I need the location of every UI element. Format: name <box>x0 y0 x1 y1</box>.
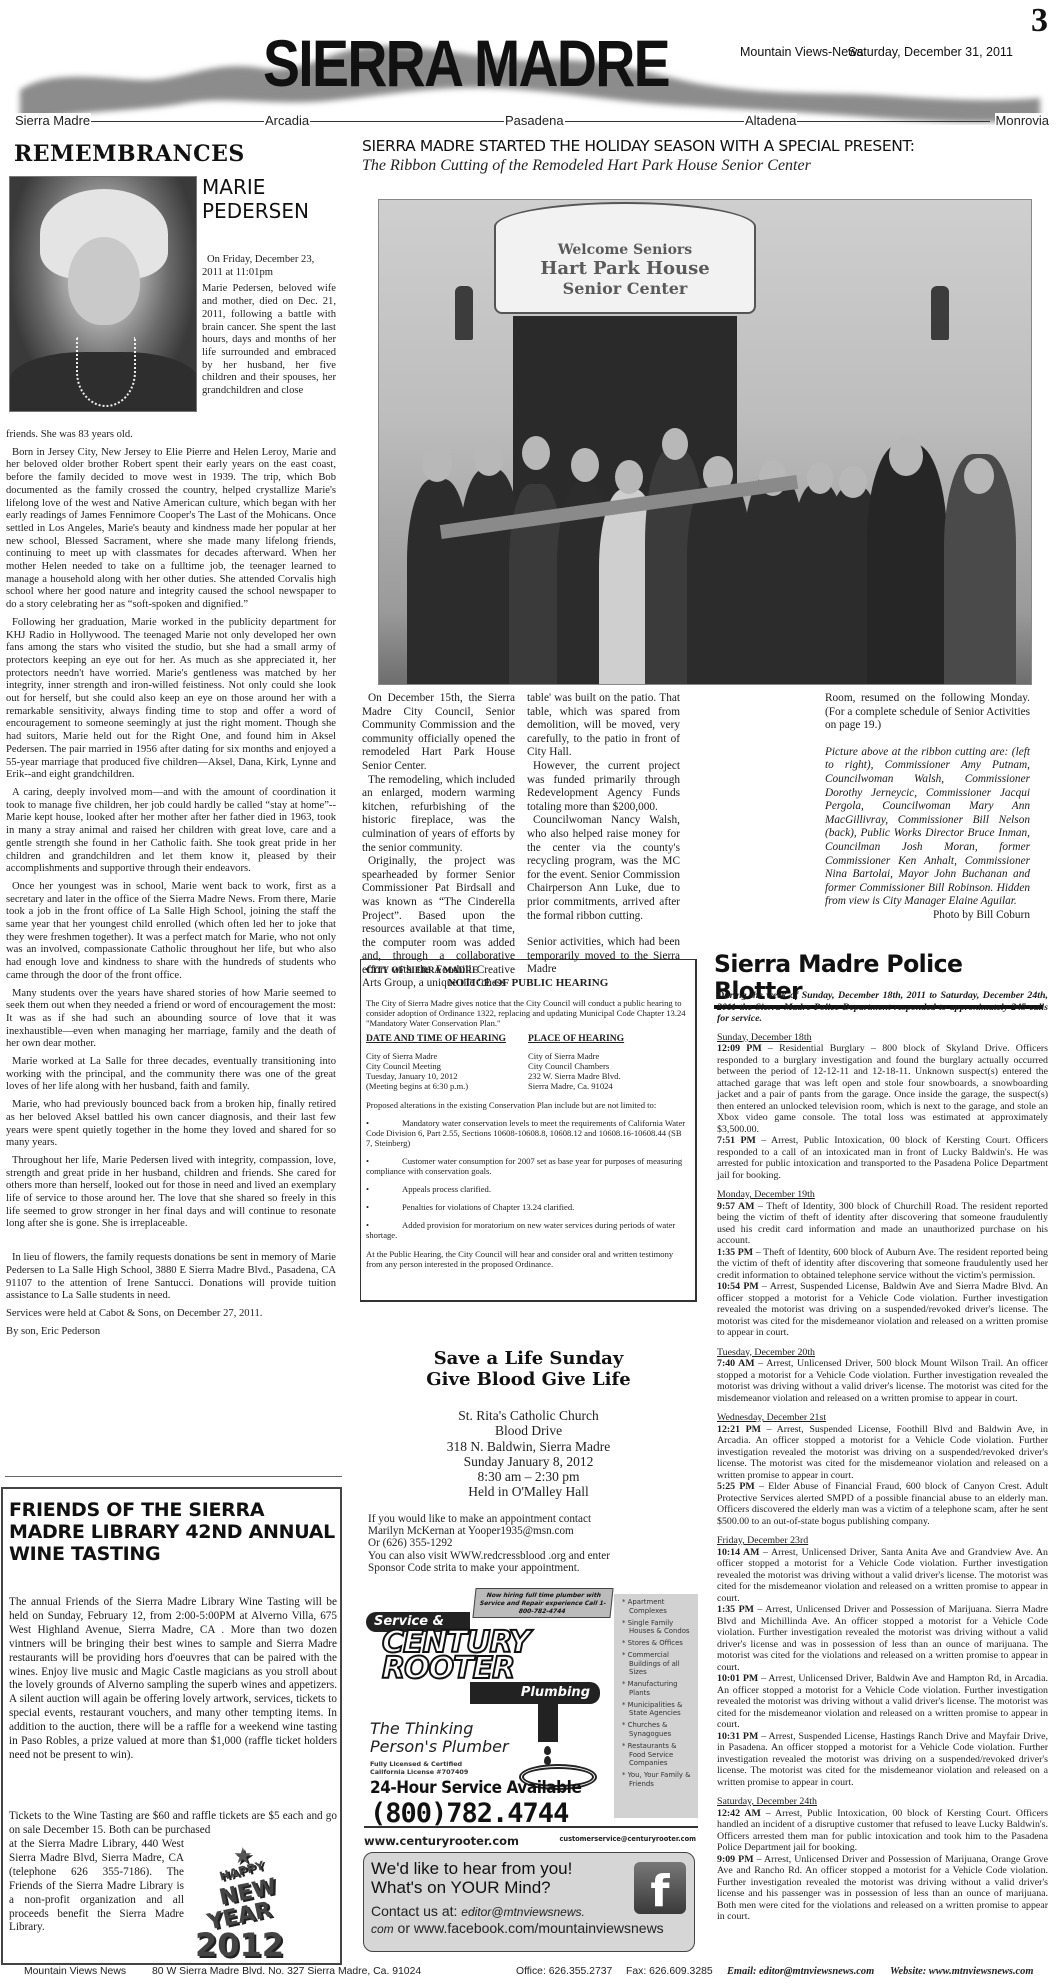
photo-credit: Photo by Bill Coburn <box>825 909 1030 923</box>
blotter-entry: 12:09 PM – Residential Burglary – 800 bl… <box>717 1043 1048 1135</box>
blood-drive-heading: Save a Life Sunday Give Blood Give Life <box>360 1348 697 1390</box>
list-item: * Apartment Complexes <box>622 1598 694 1615</box>
blotter-entry: 10:01 PM – Arrest, Unlicensed Driver, Ba… <box>717 1673 1048 1731</box>
ad-website-link[interactable]: www.centuryrooter.com <box>364 1834 519 1848</box>
town-label: Monrovia <box>995 113 1050 128</box>
feature-subheadline: The Ribbon Cutting of the Remodeled Hart… <box>362 157 811 175</box>
blotter-entry: 10:54 PM – Arrest, Suspended License, Ba… <box>717 1281 1048 1339</box>
obituary-paragraph: A caring, deeply involved mom—and with t… <box>6 787 336 876</box>
contact-text: Contact us at: editor@mtnviewsnews. com … <box>371 1903 664 1937</box>
obituary-paragraph: Marie worked at La Salle for three decad… <box>6 1056 336 1094</box>
footer-email[interactable]: Email: editor@mtnviewsnews.com <box>727 1966 874 1977</box>
list-item: * Manufacturing Plants <box>622 1680 694 1697</box>
donation-request: In lieu of flowers, the family requests … <box>6 1252 336 1303</box>
ad-email-link[interactable]: customerservice@centuryrooter.com <box>559 1835 696 1843</box>
facebook-link[interactable]: www.facebook.com/mountainviewsnews <box>414 1920 664 1936</box>
issue-date: Saturday, December 31, 2011 <box>848 45 1013 59</box>
obituary-lead: On Friday, December 23, 2011 at 11:01pm … <box>202 254 336 402</box>
obituary-date: On Friday, December 23, 2011 at 11:01pm <box>202 254 336 279</box>
blotter-entry: 12:42 AM – Arrest, Public Intoxication, … <box>717 1808 1048 1854</box>
publication-name: Mountain Views-News <box>740 45 863 59</box>
blotter-day: Wednesday, December 21st 12:21 PM – Arre… <box>717 1412 1048 1527</box>
notice-proposed: Proposed alterations in the existing Con… <box>366 1100 690 1110</box>
obituary-paragraph: Once her youngest was in school, Marie w… <box>6 881 336 983</box>
divider <box>5 1476 342 1477</box>
facebook-icon[interactable]: f <box>634 1862 686 1914</box>
town-label: Arcadia <box>264 113 310 128</box>
list-item: * Single Family Houses & Condos <box>622 1619 694 1636</box>
blotter-entry: 5:25 PM – Elder Abuse of Financial Fraud… <box>717 1481 1048 1527</box>
blotter-entry: 1:35 PM – Arrest, Unlicensed Driver and … <box>717 1604 1048 1673</box>
notice-closing: At the Public Hearing, the City Council … <box>366 1249 690 1269</box>
blotter-entry: 9:57 AM – Theft of Identity, 300 block o… <box>717 1201 1048 1247</box>
footer-address: 80 W Sierra Madre Blvd. No. 327 Sierra M… <box>152 1966 421 1977</box>
ad-tagline: The Thinking Person's Plumber <box>370 1720 509 1756</box>
list-item: * Stores & Offices <box>622 1639 694 1648</box>
notice-bullet: •Appeals process clarified. <box>366 1184 690 1194</box>
footer-office: Office: 626.355.2737 <box>516 1966 612 1977</box>
list-item: * Municipalities & State Agencies <box>622 1701 694 1718</box>
obituary-paragraph: Throughout her life, Marie Pedersen live… <box>6 1155 336 1231</box>
century-rooter-ad[interactable]: Now hiring full time plumber with Servic… <box>364 1588 698 1820</box>
list-item: * Commercial Buildings of all Sizes <box>622 1651 694 1677</box>
feature-paragraph: Room, resumed on the following Monday. (… <box>825 692 1030 733</box>
feature-headline: SIERRA MADRE STARTED THE HOLIDAY SEASON … <box>362 137 915 155</box>
wine-tasting-tickets: Tickets to the Wine Tasting are $60 and … <box>9 1810 337 1838</box>
ad-license: Fully Licensed & Certified California Li… <box>370 1760 468 1776</box>
blotter-entry: 10:31 PM – Arrest, Suspended License, Ha… <box>717 1731 1048 1789</box>
ad-service-list: * Apartment Complexes * Single Family Ho… <box>614 1594 698 1818</box>
obituary-paragraph: Born in Jersey City, New Jersey to Elie … <box>6 447 336 612</box>
blotter-day: Tuesday, December 20th 7:40 AM – Arrest,… <box>717 1347 1048 1405</box>
place-heading: PLACE OF HEARING <box>528 1034 690 1044</box>
list-item: * Restaurants & Food Service Companies <box>622 1742 694 1768</box>
obituary-body: friends. She was 83 years old. Born in J… <box>6 429 336 1343</box>
obituary-lead-paragraph: Marie Pedersen, beloved wife and mother,… <box>202 283 336 397</box>
feature-column-1: On December 15th, the Sierra Madre City … <box>362 692 515 991</box>
wine-tasting-paragraph: The annual Friends of the Sierra Madre L… <box>9 1596 337 1763</box>
blotter-entry: 9:09 PM – Arrest, Unlicensed Driver and … <box>717 1854 1048 1923</box>
footer-website[interactable]: Website: www.mtnviewsnews.com <box>890 1966 1033 1977</box>
feature-paragraph: The remodeling, which included an enlarg… <box>362 774 515 856</box>
byline: By son, Eric Pederson <box>6 1326 336 1339</box>
public-hearing-notice: CITY OF SIERRA MADRE NOTICE OF PUBLIC HE… <box>360 959 697 1302</box>
blood-drive-details: St. Rita's Catholic Church Blood Drive 3… <box>360 1408 697 1500</box>
senior-center-sign: Welcome Seniors Hart Park House Senior C… <box>494 202 756 314</box>
blotter-entry: 1:35 PM – Theft of Identity, 600 block o… <box>717 1247 1048 1282</box>
blotter-day: Sunday, December 18th 12:09 PM – Residen… <box>717 1032 1048 1182</box>
blotter-entry: 7:51 PM – Arrest, Public Intoxication, 0… <box>717 1135 1048 1181</box>
date-heading: DATE AND TIME OF HEARING <box>366 1034 528 1044</box>
town-label: Pasadena <box>504 113 565 128</box>
obituary-paragraph: Many students over the years have shared… <box>6 988 336 1052</box>
ribbon-cutting-photo: Welcome Seniors Hart Park House Senior C… <box>378 199 1032 685</box>
list-item: * Churches & Synagogues <box>622 1721 694 1738</box>
ad-brand: CENTURY ROOTER <box>382 1630 530 1682</box>
blood-drive-contact: If you would like to make an appointment… <box>368 1513 698 1574</box>
feature-column-3: Room, resumed on the following Monday. (… <box>825 692 1030 923</box>
services-note: Services were held at Cabot & Sons, on D… <box>6 1308 336 1321</box>
police-blotter: During the week of Sunday, December 18th… <box>717 990 1048 1931</box>
ad-plumbing-label: Plumbing <box>470 1682 600 1704</box>
blotter-entry: 10:14 AM – Arrest, Unlicensed Driver, Sa… <box>717 1547 1048 1605</box>
contact-us-box: We'd like to hear from you! What's on YO… <box>363 1852 695 1952</box>
ad-footer: www.centuryrooter.com customerservice@ce… <box>364 1826 698 1849</box>
town-label: Sierra Madre <box>14 113 91 128</box>
editor-email-link[interactable]: editor@mtnviewsnews. <box>461 1905 585 1919</box>
contact-heading: We'd like to hear from you! What's on YO… <box>371 1859 572 1897</box>
town-line: Sierra Madre Arcadia Pasadena Altadena M… <box>14 113 1050 129</box>
feature-paragraph: Councilwoman Nancy Walsh, who also helpe… <box>527 814 680 923</box>
notice-bullet: •Penalties for violations of Chapter 13.… <box>366 1202 690 1212</box>
blotter-entry: 7:40 AM – Arrest, Unlicensed Driver, 500… <box>717 1358 1048 1404</box>
wine-tasting-box: FRIENDS OF THE SIERRA MADRE LIBRARY 42ND… <box>1 1487 342 1965</box>
notice-bullet: •Added provision for moratorium on new w… <box>366 1220 690 1240</box>
notice-org: CITY OF SIERRA MADRE <box>366 966 690 976</box>
obituary-portrait-photo <box>9 176 197 412</box>
photo-caption: Picture above at the ribbon cutting are:… <box>825 746 1030 909</box>
notice-title: NOTICE OF PUBLIC HEARING <box>366 978 690 988</box>
notice-bullet: •Customer water consumption for 2007 set… <box>366 1156 690 1176</box>
hiring-banner: Now hiring full time plumber with Servic… <box>472 1588 613 1618</box>
obituary-paragraph: Marie, who had previously bounced back f… <box>6 1099 336 1150</box>
pipe-icon <box>538 1704 558 1742</box>
wine-tasting-title: FRIENDS OF THE SIERRA MADRE LIBRARY 42ND… <box>9 1499 337 1565</box>
page-number: 3 <box>1031 2 1048 40</box>
notice-intro: The City of Sierra Madre gives notice th… <box>366 998 690 1028</box>
notice-bullet: •Mandatory water conservation levels to … <box>366 1118 690 1148</box>
feature-paragraph: On December 15th, the Sierra Madre City … <box>362 692 515 774</box>
footer-fax: Fax: 626.609.3285 <box>626 1966 713 1977</box>
footer-publication: Mountain Views News <box>24 1966 126 1977</box>
remembrances-heading: REMEMBRANCES <box>14 141 245 167</box>
blotter-intro: During the week of Sunday, December 18th… <box>717 990 1048 1025</box>
town-label: Altadena <box>744 113 797 128</box>
water-drop-icon <box>544 1746 551 1755</box>
feature-paragraph: However, the current project was funded … <box>527 760 680 814</box>
blotter-day: Friday, December 23rd 10:14 AM – Arrest,… <box>717 1535 1048 1788</box>
list-item: * You, Your Family & Friends <box>622 1771 694 1788</box>
blotter-entry: 12:21 PM – Arrest, Suspended License, Fo… <box>717 1424 1048 1482</box>
wine-tasting-purchase-info: at the Sierra Madre Library, 440 West Si… <box>9 1838 184 1935</box>
blotter-day: Monday, December 19th 9:57 AM – Theft of… <box>717 1189 1048 1339</box>
obituary-name: MARIE PEDERSEN <box>202 175 309 223</box>
ad-phone[interactable]: (800)782.4744 <box>370 1798 568 1829</box>
blotter-day: Saturday, December 24th 12:42 AM – Arres… <box>717 1796 1048 1923</box>
feature-paragraph: table' was built on the patio. That tabl… <box>527 692 680 760</box>
notice-hearing-details: DATE AND TIME OF HEARING City of Sierra … <box>366 1034 690 1091</box>
happy-new-year-2012-graphic: ★ HAPPY NEW YEAR 2012 <box>189 1844 337 1960</box>
masthead-title: SIERRA MADRE <box>263 30 669 96</box>
feature-column-2: table' was built on the patio. That tabl… <box>527 692 680 977</box>
obituary-paragraph: Following her graduation, Marie worked i… <box>6 617 336 782</box>
ad-service-hours: 24-Hour Service Available <box>370 1778 581 1798</box>
